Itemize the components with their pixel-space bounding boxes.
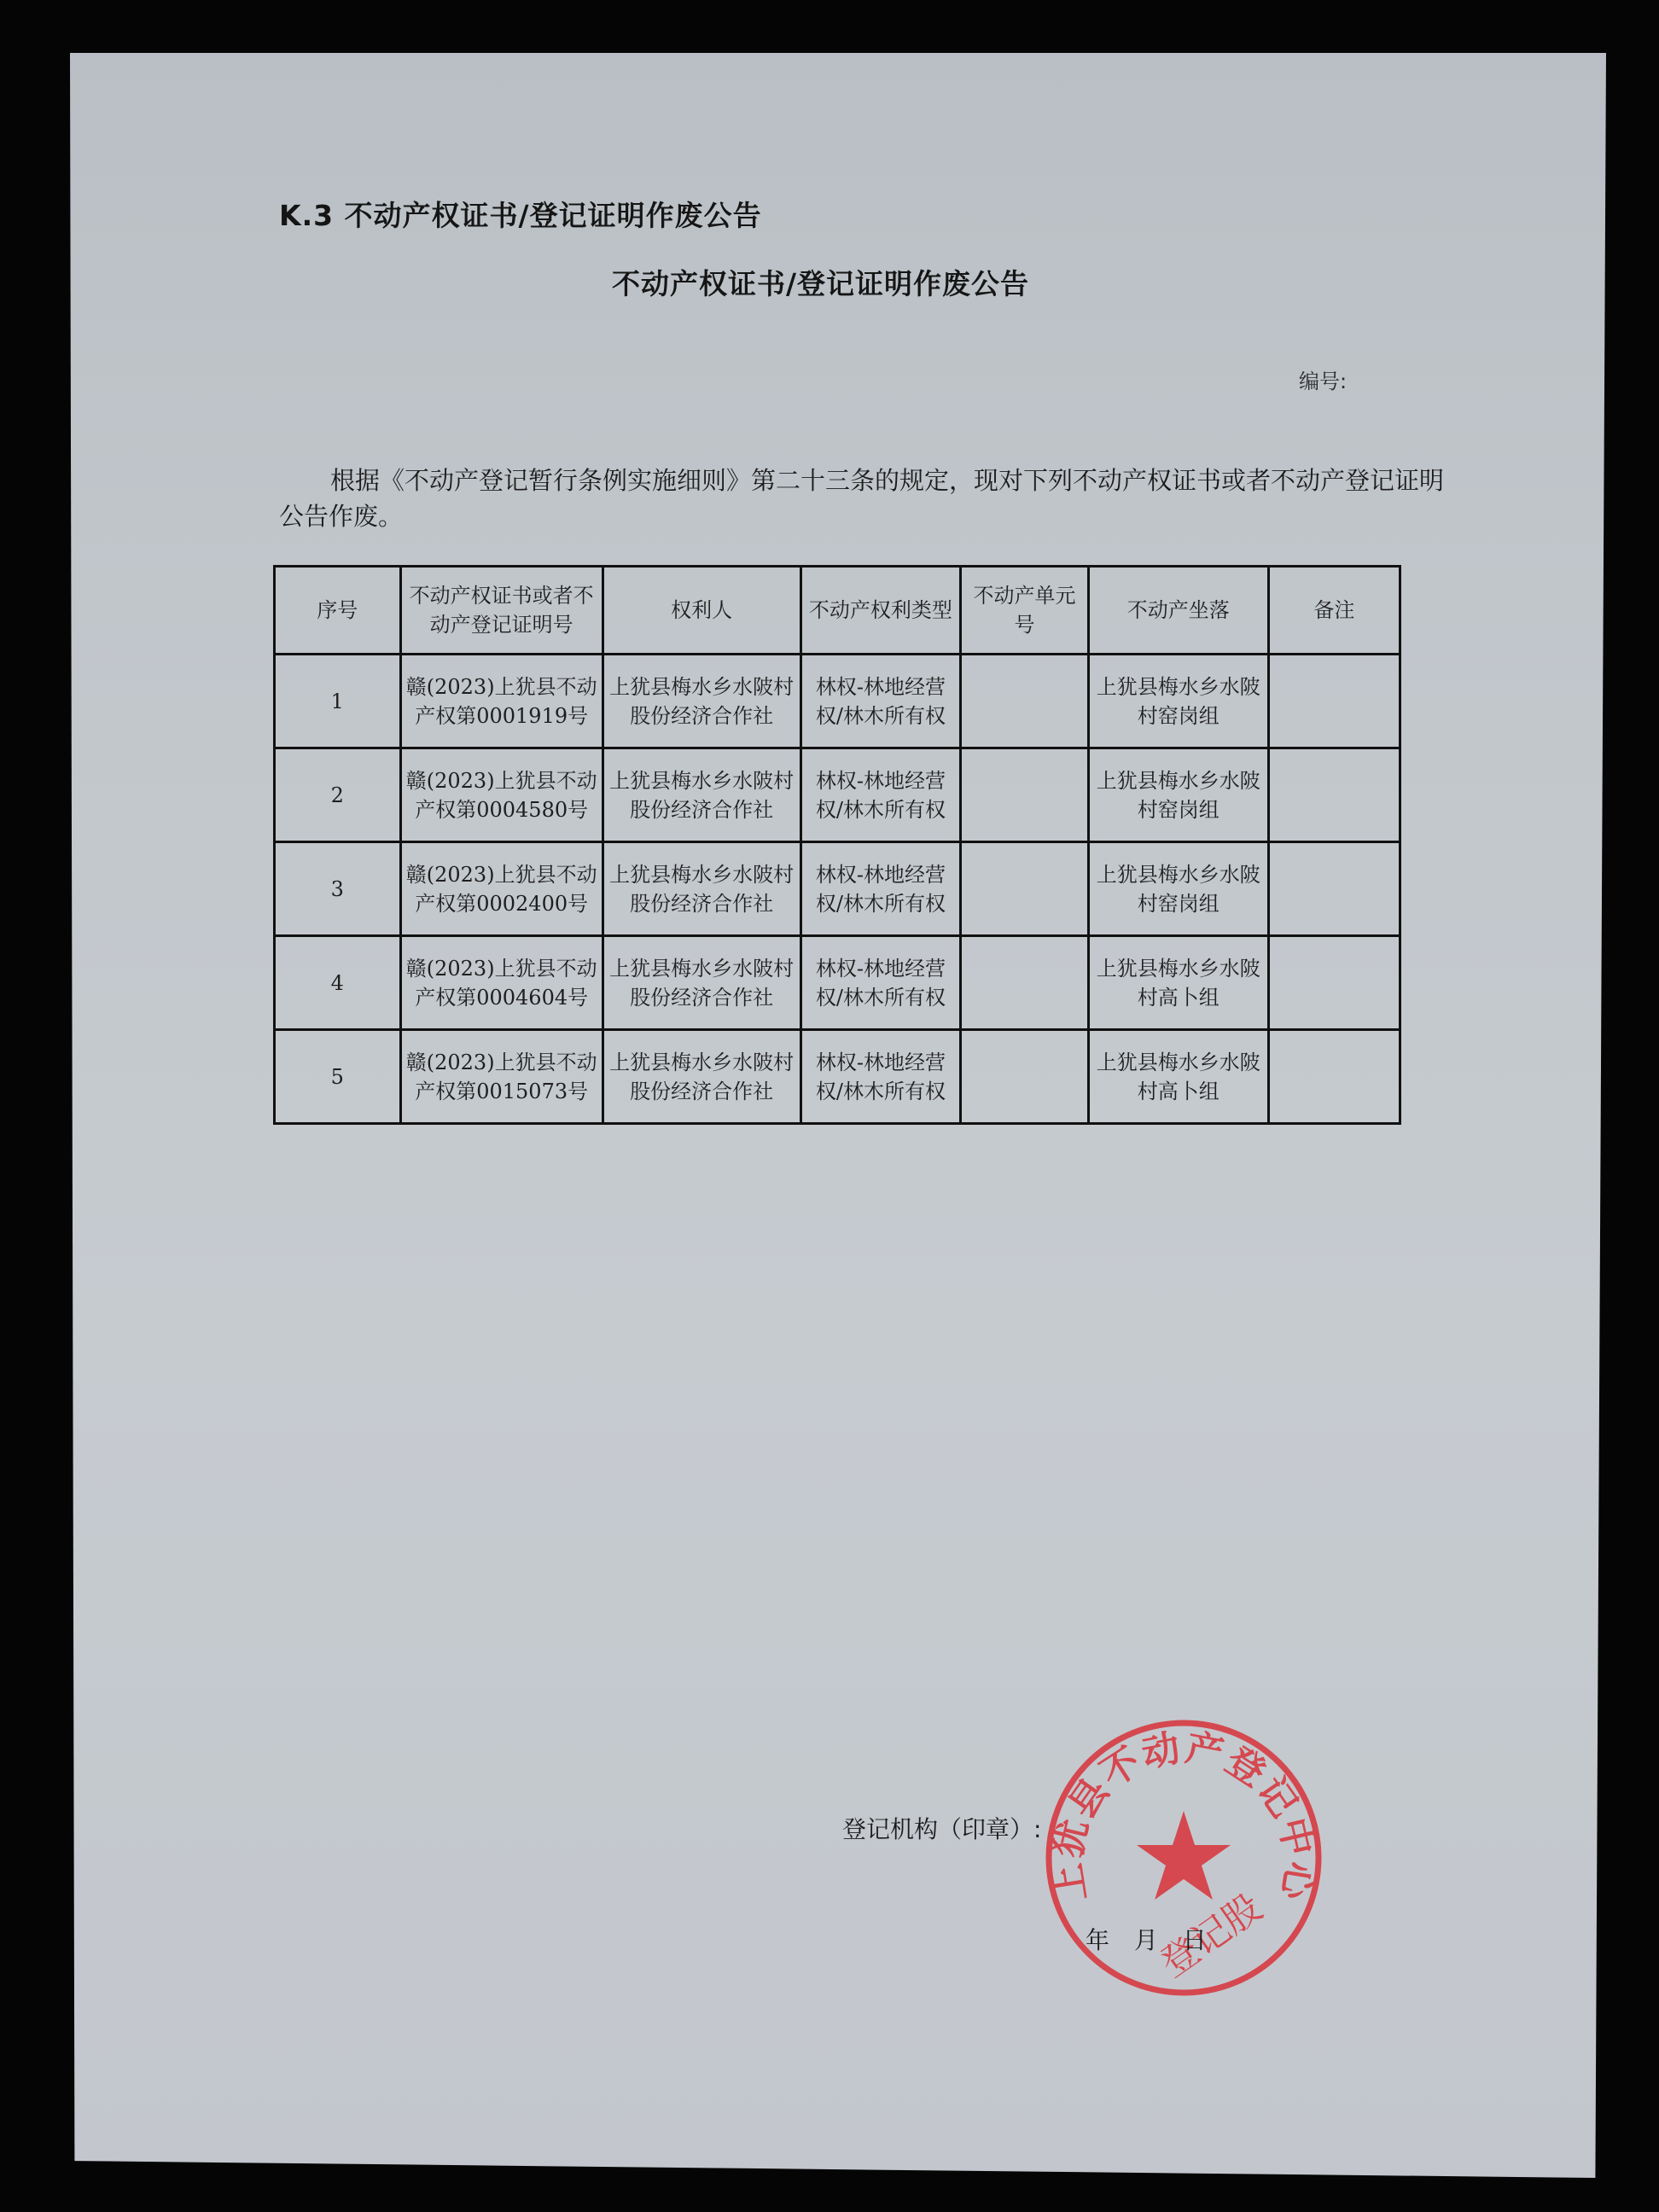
document-title: 不动产权证书/登记证明作废公告 — [612, 262, 1029, 302]
cell-right-type: 林权-林地经营权/林木所有权 — [800, 748, 961, 842]
header-location: 不动产坐落 — [1088, 567, 1268, 655]
cell-cert-number: 赣(2023)上犹县不动产权第0015073号 — [400, 1030, 602, 1124]
table-row: 4赣(2023)上犹县不动产权第0004604号上犹县梅水乡水陂村股份经济合作社… — [275, 936, 1400, 1030]
header-unit-number: 不动产单元号 — [961, 567, 1088, 655]
cell-seq: 5 — [275, 1030, 401, 1124]
document-page: K.3 不动产权证书/登记证明作废公告 不动产权证书/登记证明作废公告 编号: … — [70, 53, 1606, 2178]
table-row: 3赣(2023)上犹县不动产权第0002400号上犹县梅水乡水陂村股份经济合作社… — [275, 842, 1400, 936]
cell-right-holder: 上犹县梅水乡水陂村股份经济合作社 — [602, 936, 800, 1030]
cell-seq: 4 — [275, 936, 401, 1030]
header-right-holder: 权利人 — [602, 567, 800, 655]
cell-location: 上犹县梅水乡水陂村高卜组 — [1088, 1030, 1268, 1124]
cell-remarks — [1268, 842, 1400, 936]
cell-right-holder: 上犹县梅水乡水陂村股份经济合作社 — [602, 748, 800, 842]
cell-right-type: 林权-林地经营权/林木所有权 — [800, 655, 961, 748]
official-seal: 上犹县不动产登记中心 登记股 — [1043, 1717, 1324, 1999]
cell-cert-number: 赣(2023)上犹县不动产权第0002400号 — [400, 842, 602, 936]
star-icon — [1137, 1811, 1231, 1900]
cell-location: 上犹县梅水乡水陂村窑岗组 — [1088, 655, 1268, 748]
cell-right-holder: 上犹县梅水乡水陂村股份经济合作社 — [602, 655, 800, 748]
header-cert-number: 不动产权证书或者不动产登记证明号 — [400, 567, 602, 655]
cell-right-type: 林权-林地经营权/林木所有权 — [800, 1030, 961, 1124]
header-remarks: 备注 — [1268, 567, 1400, 655]
void-notice-table: 序号 不动产权证书或者不动产登记证明号 权利人 不动产权利类型 不动产单元号 不… — [273, 565, 1401, 1125]
registration-authority-label: 登记机构（印章）: — [842, 1811, 1041, 1845]
cell-remarks — [1268, 655, 1400, 748]
cell-unit-number — [961, 748, 1088, 842]
cell-unit-number — [961, 936, 1088, 1030]
date-label: 年 月 日 — [1086, 1922, 1215, 1956]
serial-number-label: 编号: — [1299, 364, 1347, 394]
cell-seq: 2 — [275, 748, 401, 842]
cell-cert-number: 赣(2023)上犹县不动产权第0001919号 — [400, 655, 602, 748]
cell-location: 上犹县梅水乡水陂村窑岗组 — [1088, 748, 1268, 842]
cell-remarks — [1268, 748, 1400, 842]
intro-paragraph: 根据《不动产登记暂行条例实施细则》第二十三条的规定，现对下列不动产权证书或者不动… — [279, 463, 1457, 534]
cell-remarks — [1268, 1030, 1400, 1124]
cell-right-type: 林权-林地经营权/林木所有权 — [800, 936, 961, 1030]
header-seq: 序号 — [275, 567, 401, 655]
cell-cert-number: 赣(2023)上犹县不动产权第0004604号 — [400, 936, 602, 1030]
cell-right-holder: 上犹县梅水乡水陂村股份经济合作社 — [602, 1030, 800, 1124]
cell-unit-number — [961, 1030, 1088, 1124]
cell-seq: 1 — [275, 655, 401, 748]
header-right-type: 不动产权利类型 — [800, 567, 961, 655]
table-row: 1赣(2023)上犹县不动产权第0001919号上犹县梅水乡水陂村股份经济合作社… — [275, 655, 1400, 748]
cell-location: 上犹县梅水乡水陂村窑岗组 — [1088, 842, 1268, 936]
section-heading: K.3 不动产权证书/登记证明作废公告 — [279, 194, 762, 234]
cell-right-holder: 上犹县梅水乡水陂村股份经济合作社 — [602, 842, 800, 936]
cell-location: 上犹县梅水乡水陂村高卜组 — [1088, 936, 1268, 1030]
cell-seq: 3 — [275, 842, 401, 936]
cell-cert-number: 赣(2023)上犹县不动产权第0004580号 — [400, 748, 602, 842]
cell-remarks — [1268, 936, 1400, 1030]
table-row: 5赣(2023)上犹县不动产权第0015073号上犹县梅水乡水陂村股份经济合作社… — [275, 1030, 1400, 1124]
cell-unit-number — [961, 842, 1088, 936]
table-header-row: 序号 不动产权证书或者不动产登记证明号 权利人 不动产权利类型 不动产单元号 不… — [275, 567, 1400, 655]
table-row: 2赣(2023)上犹县不动产权第0004580号上犹县梅水乡水陂村股份经济合作社… — [275, 748, 1400, 842]
cell-right-type: 林权-林地经营权/林木所有权 — [800, 842, 961, 936]
cell-unit-number — [961, 655, 1088, 748]
